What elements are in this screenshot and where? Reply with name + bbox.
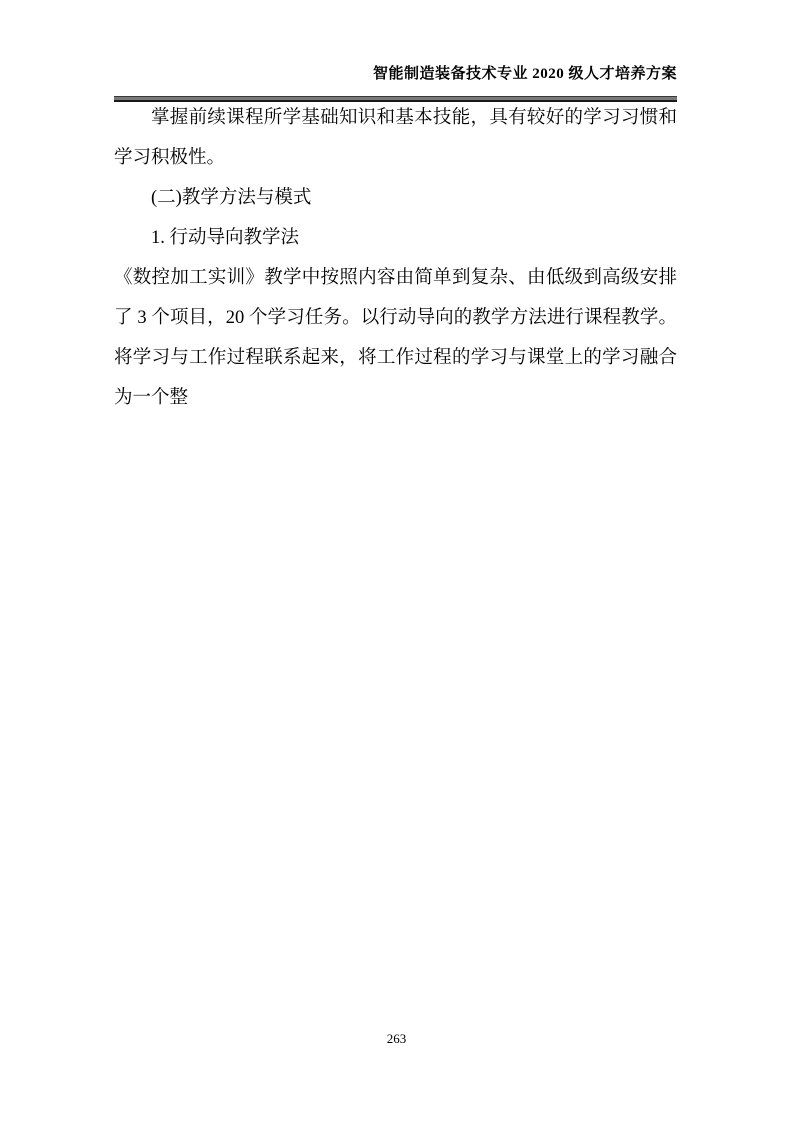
page-footer: 263 [0,1030,793,1048]
section-heading: (二)教学方法与模式 [114,178,677,218]
subsection-heading: 1. 行动导向教学法 [114,218,677,258]
document-body: 掌握前续课程所学基础知识和基本技能，具有较好的学习习惯和学习积极性。 (二)教学… [114,98,677,418]
page-number: 263 [387,1031,407,1046]
body-paragraph: 《数控加工实训》教学中按照内容由简单到复杂、由低级到高级安排了 3 个项目，20… [114,258,677,418]
document-page: 智能制造装备技术专业 2020 级人才培养方案 掌握前续课程所学基础知识和基本技… [0,0,793,1122]
page-header: 智能制造装备技术专业 2020 级人才培养方案 [114,0,677,102]
body-paragraph: 掌握前续课程所学基础知识和基本技能，具有较好的学习习惯和学习积极性。 [114,98,677,178]
header-title: 智能制造装备技术专业 2020 级人才培养方案 [114,0,677,84]
